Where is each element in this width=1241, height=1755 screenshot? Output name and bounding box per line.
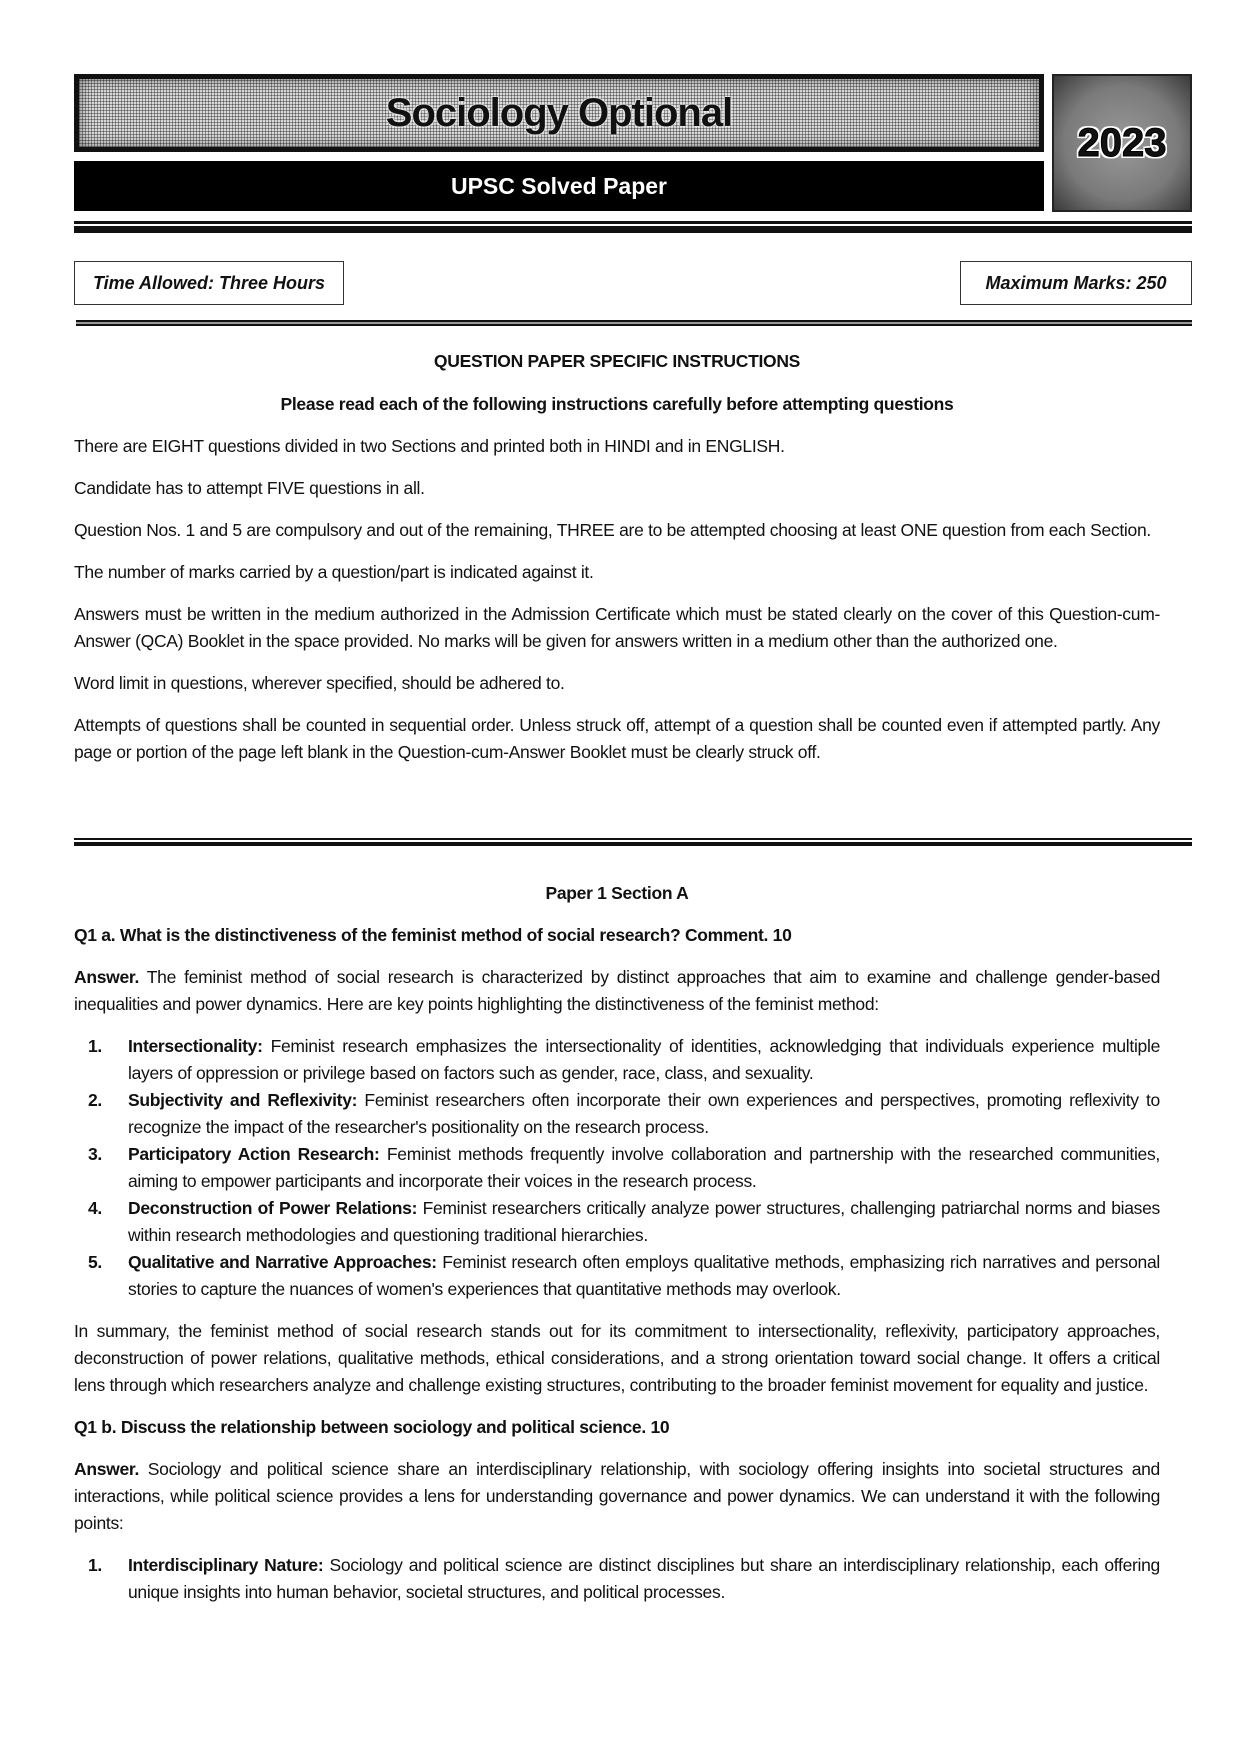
question-heading: Q1 b. Discuss the relationship between s… — [74, 1414, 1160, 1441]
list-item: 1.Interdisciplinary Nature: Sociology an… — [74, 1552, 1160, 1606]
answer-intro: Answer. The feminist method of social re… — [74, 964, 1160, 1018]
section-title: Paper 1 Section A — [74, 880, 1160, 907]
instructions-divider — [74, 838, 1192, 846]
title-banner: Sociology Optional — [74, 74, 1044, 152]
year-label: 2023 — [1078, 121, 1167, 166]
document-subtitle: UPSC Solved Paper — [451, 173, 667, 200]
list-item: 1.Intersectionality: Feminist research e… — [74, 1033, 1160, 1087]
answer-points-list: 1.Intersectionality: Feminist research e… — [74, 1033, 1160, 1303]
answer-label: Answer. — [74, 1459, 139, 1479]
instructions-section: QUESTION PAPER SPECIFIC INSTRUCTIONS Ple… — [74, 348, 1160, 766]
maximum-marks-label: Maximum Marks: 250 — [985, 273, 1166, 294]
list-item: 2.Subjectivity and Reflexivity: Feminist… — [74, 1087, 1160, 1141]
subtitle-banner: UPSC Solved Paper — [74, 161, 1044, 211]
answer-points-list: 1.Interdisciplinary Nature: Sociology an… — [74, 1552, 1160, 1606]
list-item: 5.Qualitative and Narrative Approaches: … — [74, 1249, 1160, 1303]
instruction-item: There are EIGHT questions divided in two… — [74, 433, 1160, 460]
instruction-item: Word limit in questions, wherever specif… — [74, 670, 1160, 697]
instructions-subheading: Please read each of the following instru… — [74, 391, 1160, 418]
list-item: 4.Deconstruction of Power Relations: Fem… — [74, 1195, 1160, 1249]
questions-section: Paper 1 Section A Q1 a. What is the dist… — [74, 880, 1160, 1606]
answer-summary: In summary, the feminist method of socia… — [74, 1318, 1160, 1399]
maximum-marks-box: Maximum Marks: 250 — [960, 261, 1192, 305]
question-heading: Q1 a. What is the distinctiveness of the… — [74, 922, 1160, 949]
info-divider — [76, 320, 1192, 326]
time-allowed-label: Time Allowed: Three Hours — [93, 273, 325, 294]
list-item: 3.Participatory Action Research: Feminis… — [74, 1141, 1160, 1195]
header-divider — [74, 221, 1192, 233]
time-allowed-box: Time Allowed: Three Hours — [74, 261, 344, 305]
instruction-item: The number of marks carried by a questio… — [74, 559, 1160, 586]
instruction-item: Answers must be written in the medium au… — [74, 601, 1160, 655]
year-badge: 2023 — [1052, 74, 1192, 212]
answer-intro: Answer. Sociology and political science … — [74, 1456, 1160, 1537]
instruction-item: Question Nos. 1 and 5 are compulsory and… — [74, 517, 1160, 544]
instructions-heading: QUESTION PAPER SPECIFIC INSTRUCTIONS — [74, 348, 1160, 375]
instruction-item: Attempts of questions shall be counted i… — [74, 712, 1160, 766]
answer-label: Answer. — [74, 967, 139, 987]
instruction-item: Candidate has to attempt FIVE questions … — [74, 475, 1160, 502]
document-title: Sociology Optional — [386, 91, 732, 136]
